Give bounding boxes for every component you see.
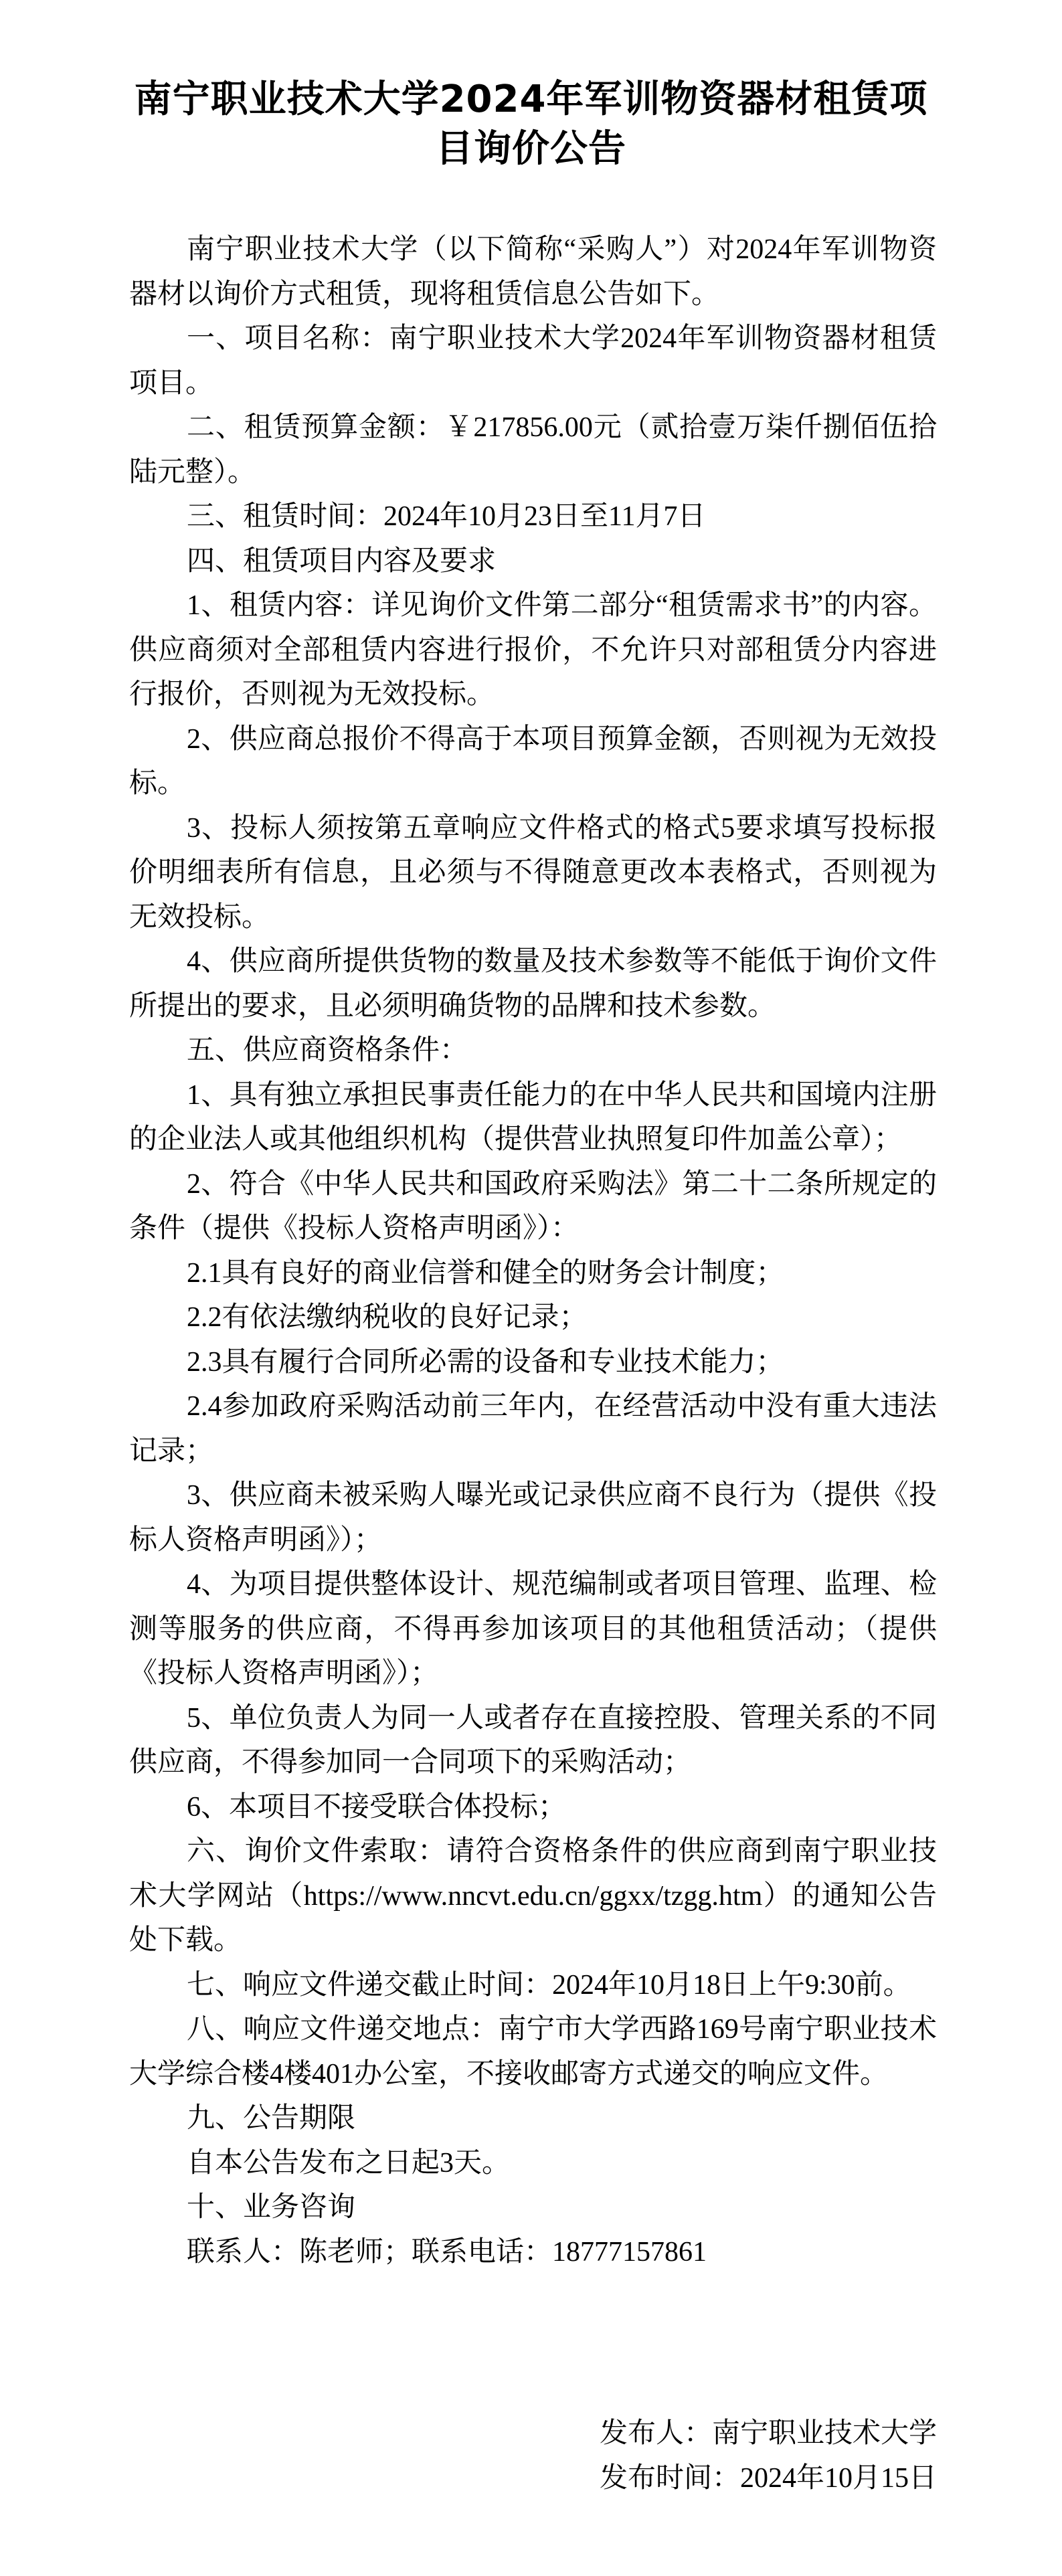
document-title: 南宁职业技术大学2024年军训物资器材租赁项目询价公告: [120, 75, 942, 174]
paragraph-qualification-2-3: 2.3具有履行合同所必需的设备和专业技术能力；: [129, 1340, 937, 1385]
heading-business-inquiry: 十、业务咨询: [129, 2185, 937, 2230]
heading-qualifications: 五、供应商资格条件：: [129, 1028, 937, 1073]
paragraph-deadline: 七、响应文件递交截止时间：2024年10月18日上午9:30前。: [129, 1963, 937, 2008]
paragraph-requirement-2: 2、供应商总报价不得高于本项目预算金额，否则视为无效投标。: [129, 717, 937, 806]
paragraph-qualification-2: 2、符合《中华人民共和国政府采购法》第二十二条所规定的条件（提供《投标人资格声明…: [129, 1162, 937, 1251]
paragraph-document-download: 六、询价文件索取：请符合资格条件的供应商到南宁职业技术大学网站（https://…: [129, 1829, 937, 1963]
document-body: 南宁职业技术大学（以下简称“采购人”）对2024年军训物资器材以询价方式租赁，现…: [129, 227, 937, 2274]
paragraph-requirement-4: 4、供应商所提供货物的数量及技术参数等不能低于询价文件所提出的要求，且必须明确货…: [129, 939, 937, 1028]
paragraph-rental-period: 三、租赁时间：2024年10月23日至11月7日: [129, 494, 937, 539]
paragraph-contact: 联系人：陈老师；联系电话：18777157861: [129, 2230, 937, 2275]
document-page: 南宁职业技术大学2024年军训物资器材租赁项目询价公告 南宁职业技术大学（以下简…: [0, 0, 1062, 2576]
paragraph-qualification-2-1: 2.1具有良好的商业信誉和健全的财务会计制度；: [129, 1251, 937, 1296]
paragraph-project-name: 一、项目名称：南宁职业技术大学2024年军训物资器材租赁项目。: [129, 316, 937, 405]
heading-notice-period: 九、公告期限: [129, 2096, 937, 2141]
paragraph-requirement-3: 3、投标人须按第五章响应文件格式的格式5要求填写投标报价明细表所有信息，且必须与…: [129, 806, 937, 940]
paragraph-qualification-1: 1、具有独立承担民事责任能力的在中华人民共和国境内注册的企业法人或其他组织机构（…: [129, 1073, 937, 1162]
paragraph-requirement-1: 1、租赁内容：详见询价文件第二部分“租赁需求书”的内容。供应商须对全部租赁内容进…: [129, 583, 937, 717]
paragraph-qualification-4: 4、为项目提供整体设计、规范编制或者项目管理、监理、检测等服务的供应商，不得再参…: [129, 1562, 937, 1696]
paragraph-budget: 二、租赁预算金额：￥217856.00元（贰拾壹万柒仟捌佰伍拾陆元整）。: [129, 405, 937, 494]
heading-requirements: 四、租赁项目内容及要求: [129, 539, 937, 584]
paragraph-qualification-2-4: 2.4参加政府采购活动前三年内，在经营活动中没有重大违法记录；: [129, 1384, 937, 1473]
paragraph-qualification-3: 3、供应商未被采购人曝光或记录供应商不良行为（提供《投标人资格声明函》）；: [129, 1473, 937, 1562]
signature-block: 发布人：南宁职业技术大学 发布时间：2024年10月15日: [600, 2411, 937, 2500]
publisher: 发布人：南宁职业技术大学: [600, 2411, 937, 2456]
paragraph-submission-location: 八、响应文件递交地点：南宁市大学西路169号南宁职业技术大学综合楼4楼401办公…: [129, 2007, 937, 2096]
paragraph-qualification-5: 5、单位负责人为同一人或者存在直接控股、管理关系的不同供应商，不得参加同一合同项…: [129, 1696, 937, 1785]
paragraph-qualification-6: 6、本项目不接受联合体投标；: [129, 1785, 937, 1830]
paragraph-qualification-2-2: 2.2有依法缴纳税收的良好记录；: [129, 1295, 937, 1340]
paragraph-intro: 南宁职业技术大学（以下简称“采购人”）对2024年军训物资器材以询价方式租赁，现…: [129, 227, 937, 316]
paragraph-notice-period: 自本公告发布之日起3天。: [129, 2141, 937, 2186]
publish-date: 发布时间：2024年10月15日: [600, 2456, 937, 2501]
